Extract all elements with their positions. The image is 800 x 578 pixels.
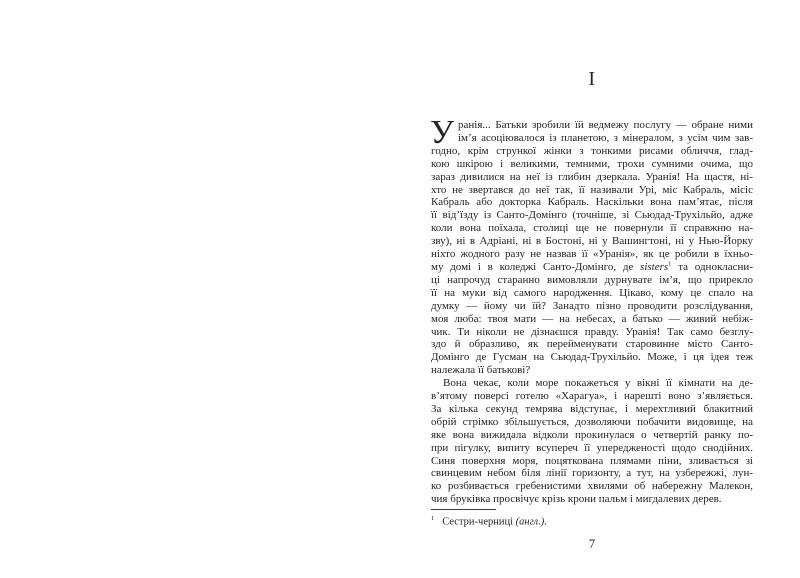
footnote-marker: 1 — [431, 515, 434, 522]
paragraph: Вона чекає, коли море покажеться у вікні… — [431, 377, 753, 506]
footnote-reference: 1 — [668, 260, 671, 267]
text-line: ці напрочуд старанно вимовляли дурнувате… — [431, 274, 753, 287]
text-line: обрій стрімко збільшується, дозволяючи п… — [431, 416, 753, 429]
text-line: ко розбивається гребенистими хвилями об … — [431, 480, 753, 493]
text-line: моя люба: твоя мати — на небесах, а бать… — [431, 313, 753, 326]
text-line: ім’я асоціювалося із планетою, з мінерал… — [458, 132, 753, 145]
text-line: Кабраль або докторка Кабраль. Наскільки … — [431, 196, 753, 209]
text-line: чик. Ти ніколи не дізнаєшся правду. Уран… — [431, 326, 753, 339]
book-page: I Уранія... Батьки зробили їй ведмежу по… — [0, 0, 800, 578]
text-line: коли вона поїхала, столиці ще не поверну… — [431, 222, 753, 235]
footnote-language-note: (англ.). — [516, 517, 547, 528]
text-line: зву), ні в Адріані, ні в Бостоні, ні у В… — [431, 235, 753, 248]
text-line: думку — йому чи їй? Занадто пізно провод… — [431, 300, 753, 313]
text-line: хто не звертався до неї так, її називали… — [431, 184, 753, 197]
footnote-text: Сестри-черниці — [442, 517, 515, 528]
text-line: кою шкірою і великими, темними, трохи су… — [431, 158, 753, 171]
paragraph: Уранія... Батьки зробили їй ведмежу посл… — [431, 119, 753, 377]
text-line: належала її батькові? — [431, 364, 753, 377]
text-line: му домі і в коледжі Санто-Домінго, де si… — [431, 261, 753, 274]
chapter-number: I — [431, 70, 753, 88]
text-line: її від’їзду із Санто-Домінго (точніше, з… — [431, 209, 753, 222]
text-block: Уранія... Батьки зробили їй ведмежу посл… — [431, 119, 753, 506]
footnote-divider — [431, 509, 496, 510]
text-line: За кілька секунд темрява відступає, і ме… — [431, 403, 753, 416]
text-line: здо й образливо, як перейменувати старов… — [431, 338, 753, 351]
text-line: годно, крім стрункої жінки з тонкими рис… — [431, 145, 753, 158]
footnote: 1Сестри-черниці (англ.). — [431, 512, 753, 529]
text-line: ранія... Батьки зробили їй ведмежу послу… — [458, 119, 753, 132]
page-number: 7 — [431, 537, 753, 552]
text-line: Вона чекає, коли море покажеться у вікні… — [431, 377, 753, 390]
text-line: зараз дивилися на неї із глибин дзеркала… — [431, 171, 753, 184]
italic-text: sisters — [640, 261, 668, 273]
text-line: її на муки від самого народження. Цікаво… — [431, 287, 753, 300]
text-line: чия бруківка просвічує крізь крони пальм… — [431, 493, 753, 506]
text-line: яке вона вижидала відколи прокинулася о … — [431, 429, 753, 442]
text-line: при пігулку, випиту всупереч її упередже… — [431, 442, 753, 455]
text-line: в’ятому поверсі готелю «Харагуа», і наре… — [431, 390, 753, 403]
text-line: свинцевим небом біля лінії горизонту, а … — [431, 467, 753, 480]
text-line: Домінго де Гусман на Сьюдад-Трухільйо. М… — [431, 351, 753, 364]
drop-cap: У — [430, 116, 454, 150]
text-line: Синя поверхня моря, поцяткована плямами … — [431, 455, 753, 468]
text-line: ніхто жодного разу не назвав її «Уранія»… — [431, 248, 753, 261]
